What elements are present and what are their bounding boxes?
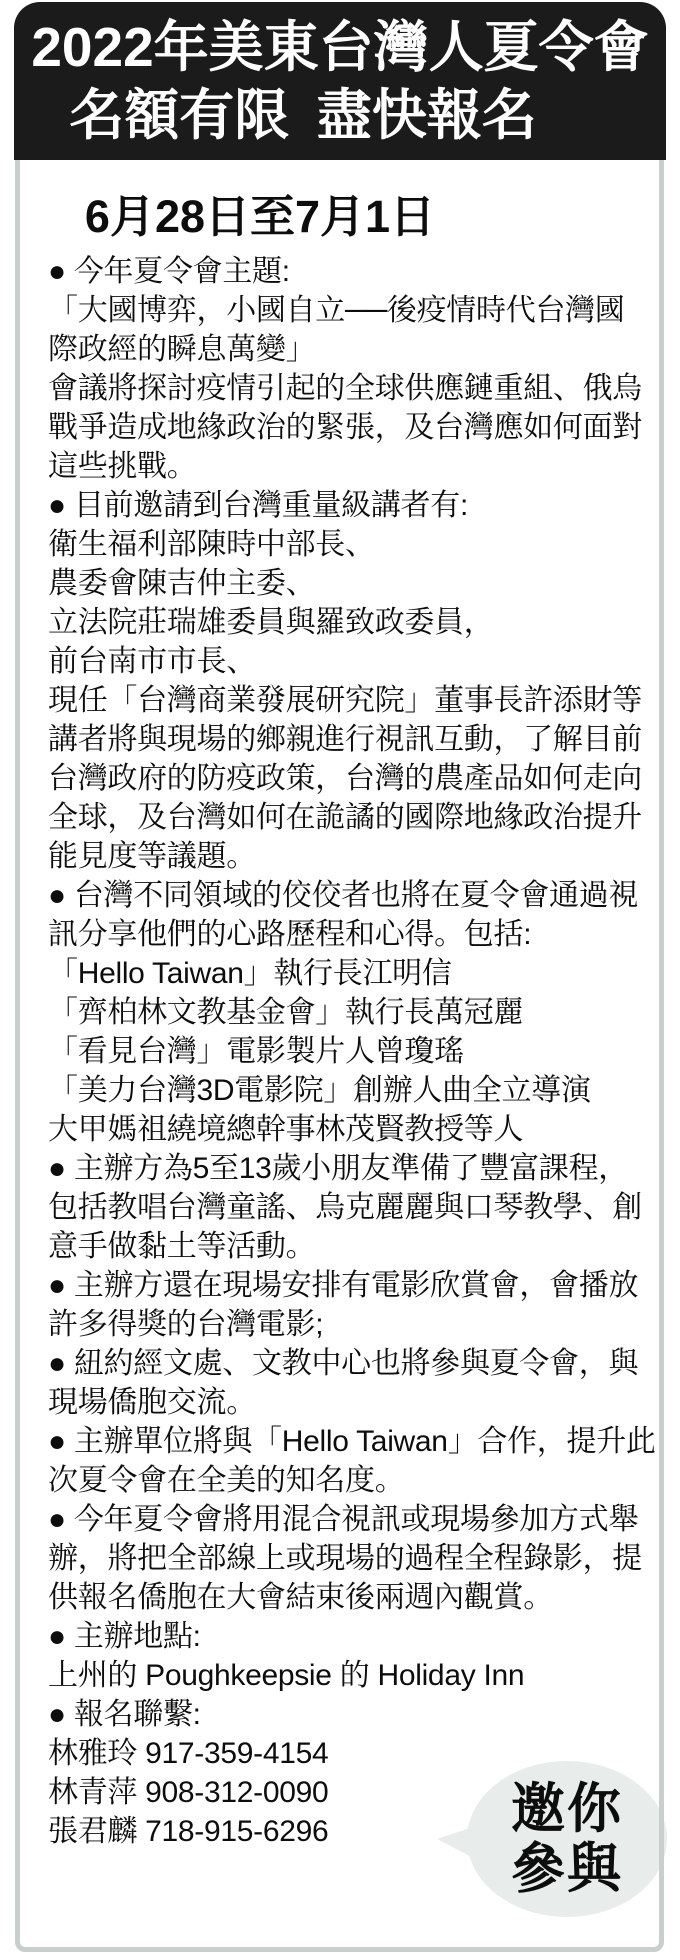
banner-title-line2: 名額有限 盡快報名 [69, 84, 537, 146]
body-line: 戰爭造成地緣政治的緊張，及台灣應如何面對 [48, 408, 656, 447]
body-line: ● 報名聯繫: [48, 1695, 656, 1734]
body-line: 次夏令會在全美的知名度。 [48, 1461, 656, 1500]
body-line: 農委會陳吉仲主委、 [48, 564, 656, 603]
body-line: 供報名僑胞在大會結束後兩週內觀賞。 [48, 1578, 656, 1617]
body-line: 這些挑戰。 [48, 447, 656, 486]
header-banner: 2022年美東台灣人夏令會 名額有限 盡快報名 [14, 2, 666, 160]
body-line: ● 主辦單位將與「Hello Taiwan」合作，提升此 [48, 1422, 656, 1461]
body-line: ● 主辦方還在現場安排有電影欣賞會，會播放 [48, 1266, 656, 1305]
body-line: 包括教唱台灣童謠、烏克麗麗與口琴教學、創 [48, 1188, 656, 1227]
body-line: 現場僑胞交流。 [48, 1383, 656, 1422]
body-line: ● 今年夏令會將用混合視訊或現場參加方式舉 [48, 1500, 656, 1539]
body-text: ● 今年夏令會主題:「大國博弈，小國自立──後疫情時代台灣國際政經的瞬息萬變」會… [48, 252, 656, 1851]
body-line: 能見度等議題。 [48, 837, 656, 876]
body-line: 辦，將把全部線上或現場的過程全程錄影，提 [48, 1539, 656, 1578]
body-line: 前台南市市長、 [48, 642, 656, 681]
bubble-line2: 參與 [511, 1839, 623, 1899]
body-line: 「看見台灣」電影製片人曾瓊瑤 [48, 1032, 656, 1071]
body-line: 大甲媽祖繞境總幹事林茂賢教授等人 [48, 1110, 656, 1149]
body-line: 「齊柏林文教基金會」執行長萬冠麗 [48, 993, 656, 1032]
body-line: 台灣政府的防疫政策，台灣的農產品如何走向 [48, 759, 656, 798]
banner-title-line1: 2022年美東台灣人夏令會 [31, 16, 648, 78]
body-line: 衛生福利部陳時中部長、 [48, 525, 656, 564]
body-line: ● 今年夏令會主題: [48, 252, 656, 291]
body-line: ● 主辦地點: [48, 1617, 656, 1656]
body-line: 現任「台灣商業發展研究院」董事長許添財等 [48, 681, 656, 720]
body-line: 「大國博弈，小國自立──後疫情時代台灣國 [48, 291, 656, 330]
body-line: 上州的 Poughkeepsie 的 Holiday Inn [48, 1656, 656, 1695]
body-line: 許多得獎的台灣電影; [48, 1305, 656, 1344]
body-line: 「Hello Taiwan」執行長江明信 [48, 954, 656, 993]
body-line: ● 主辦方為5至13歲小朋友準備了豐富課程， [48, 1149, 656, 1188]
body-line: 「美力台灣3D電影院」創辦人曲全立導演 [48, 1071, 656, 1110]
event-dates: 6月28日至7月1日 [0, 180, 680, 245]
speech-bubble-tail-icon [437, 1825, 479, 1861]
body-line: ● 紐約經文處、文教中心也將參與夏令會，與 [48, 1344, 656, 1383]
body-line: 意手做黏土等活動。 [48, 1227, 656, 1266]
body-line: 全球，及台灣如何在詭譎的國際地緣政治提升 [48, 798, 656, 837]
body-line: 際政經的瞬息萬變」 [48, 330, 656, 369]
body-line: 立法院莊瑞雄委員與羅致政委員， [48, 603, 656, 642]
body-line: 講者將與現場的鄉親進行視訊互動，了解目前 [48, 720, 656, 759]
body-line: 訊分享他們的心路歷程和心得。包括: [48, 915, 656, 954]
body-line: 會議將探討疫情引起的全球供應鏈重組、俄烏 [48, 369, 656, 408]
bubble-line1: 邀你 [511, 1779, 623, 1839]
body-line: ● 目前邀請到台灣重量級講者有: [48, 486, 656, 525]
invite-bubble: 邀你 參與 [467, 1761, 667, 1917]
event-flyer: 2022年美東台灣人夏令會 名額有限 盡快報名 6月28日至7月1日 ● 今年夏… [0, 0, 680, 1960]
body-line: ● 台灣不同領域的佼佼者也將在夏令會通過視 [48, 876, 656, 915]
